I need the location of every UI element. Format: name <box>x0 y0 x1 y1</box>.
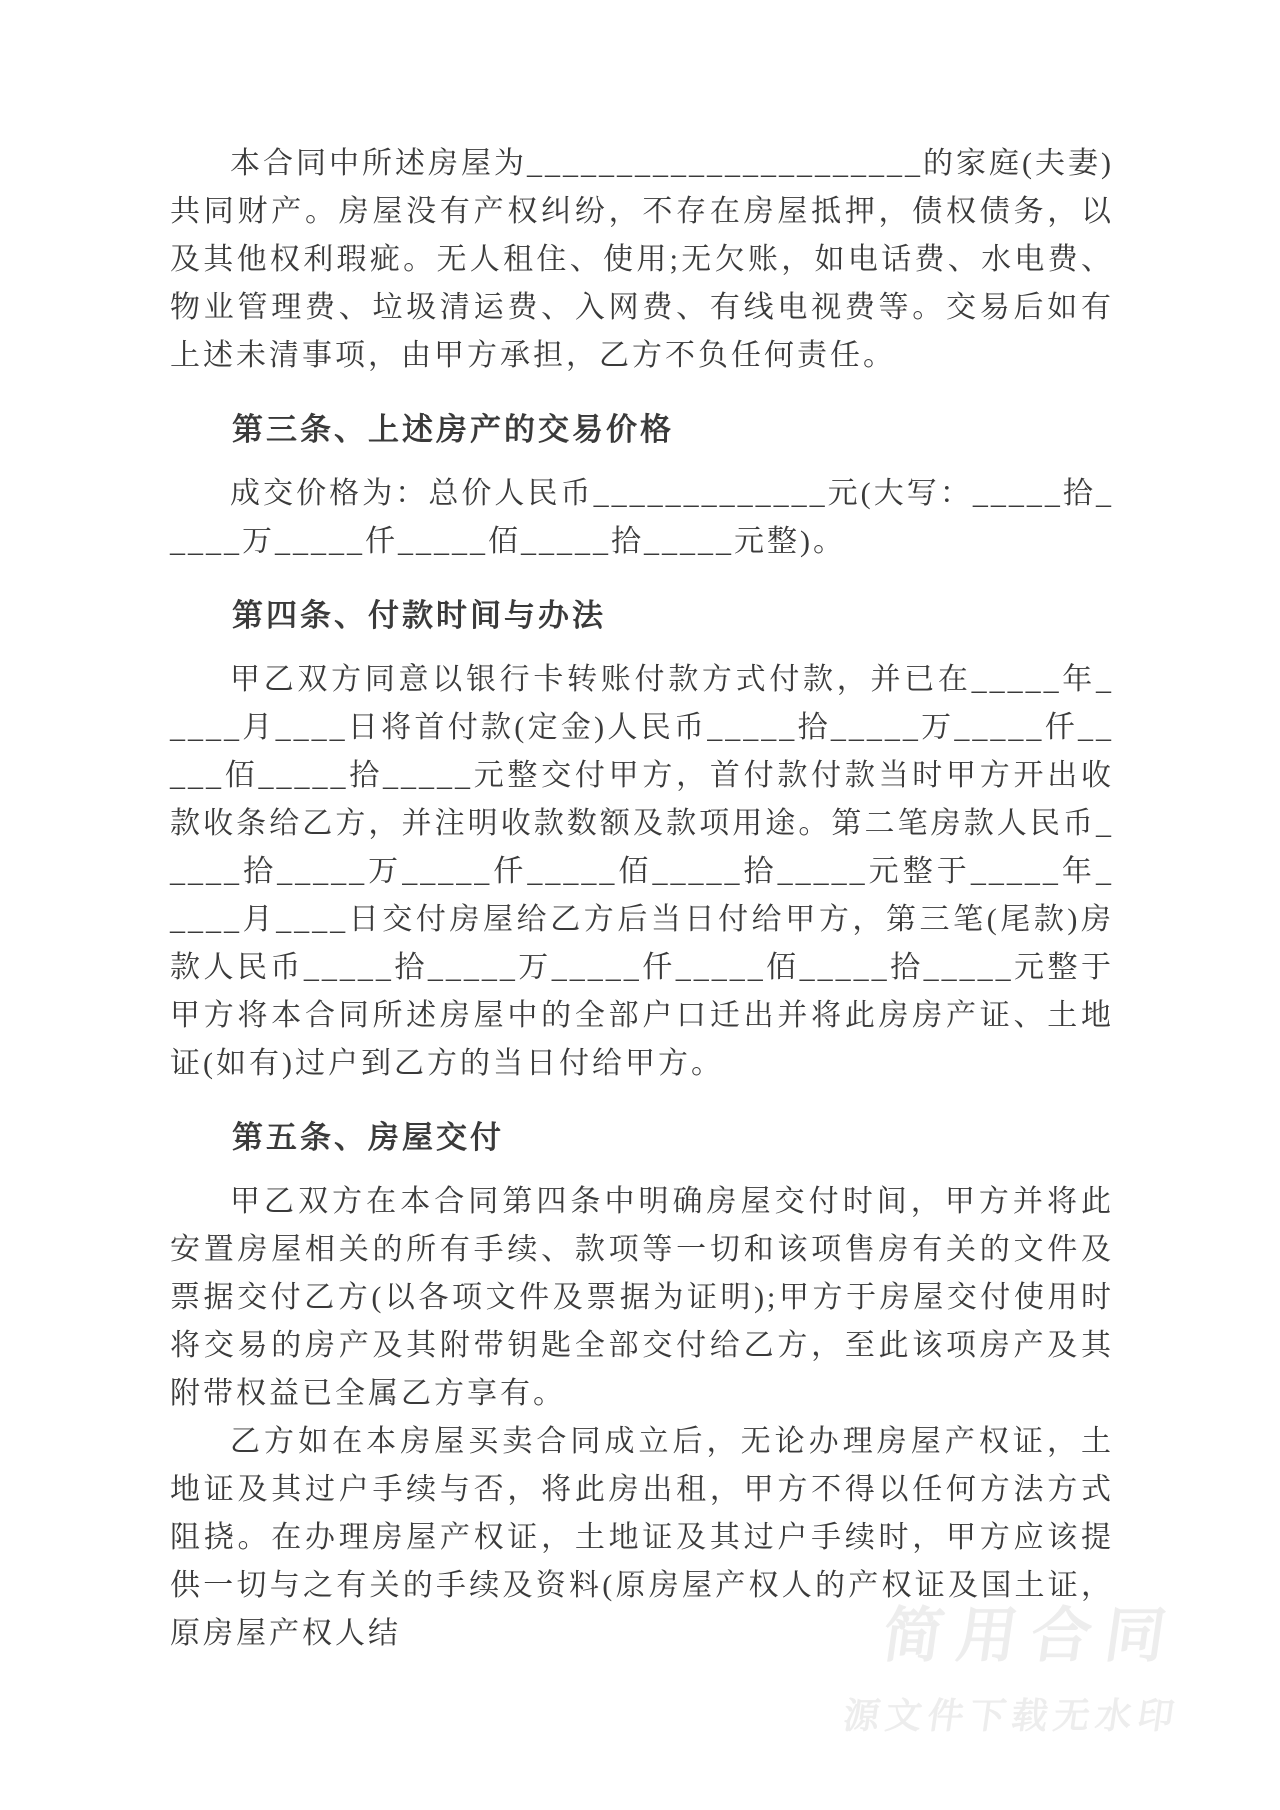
watermark-tagline-text: 源文件下载无水印 <box>840 1688 1183 1739</box>
contract-page-body: 本合同中所述房屋为______________________的家庭(夫妻)共同… <box>170 140 1114 1658</box>
clause-delivery-paragraph-1: 甲乙双方在本合同第四条中明确房屋交付时间，甲方并将此安置房屋相关的所有手续、款项… <box>170 1178 1114 1418</box>
section-heading-article-4: 第四条、付款时间与办法 <box>170 592 1114 640</box>
section-heading-article-3: 第三条、上述房产的交易价格 <box>170 406 1114 454</box>
clause-price-paragraph: 成交价格为：总价人民币_____________元(大写：_____拾_____… <box>170 470 1114 566</box>
clause-delivery-paragraph-2: 乙方如在本房屋买卖合同成立后，无论办理房屋产权证，土地证及其过户手续与否，将此房… <box>170 1418 1114 1658</box>
section-heading-article-5: 第五条、房屋交付 <box>170 1114 1114 1162</box>
clause-ownership-paragraph: 本合同中所述房屋为______________________的家庭(夫妻)共同… <box>170 140 1114 380</box>
clause-payment-paragraph: 甲乙双方同意以银行卡转账付款方式付款，并已在_____年_____月____日将… <box>170 656 1114 1088</box>
